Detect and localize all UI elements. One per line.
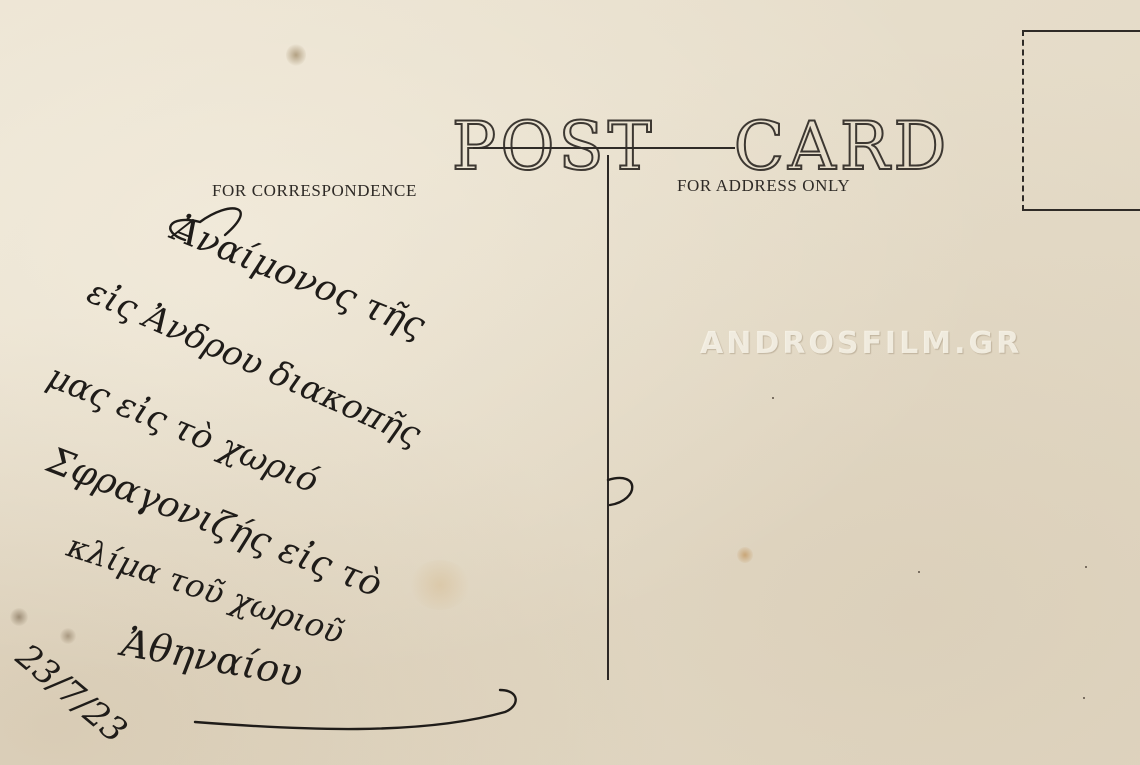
hand-date: 23/7/23 xyxy=(7,636,134,752)
center-divider xyxy=(607,155,609,680)
hand-line-3: μας εἰς τὸ χωριό xyxy=(42,356,325,501)
speck xyxy=(918,571,920,573)
hand-line-4: Σφραγονιζής εἰς τὸ xyxy=(40,439,388,605)
stain xyxy=(10,608,28,626)
stain xyxy=(60,628,76,644)
hand-signature: Ἀθηναίου xyxy=(115,620,306,696)
postcard-back: POSTCARD FOR CORRESPONDENCE FOR ADDRESS … xyxy=(0,0,1140,765)
stamp-box xyxy=(1022,30,1140,211)
title-card: CARD xyxy=(734,114,951,180)
capital-flourish xyxy=(170,208,240,240)
title-underline xyxy=(473,147,735,149)
stain xyxy=(410,560,470,610)
stain xyxy=(286,44,306,66)
correspondence-label: FOR CORRESPONDENCE xyxy=(212,181,417,201)
hand-line-5: κλίμα τοῦ χωριοῦ xyxy=(62,526,349,652)
signature-underline xyxy=(195,690,516,729)
address-label: FOR ADDRESS ONLY xyxy=(677,176,850,196)
speck xyxy=(772,397,774,399)
speck xyxy=(1083,697,1085,699)
hand-line-2: εἰς Ἀνδρου διακοπῆς xyxy=(81,272,427,455)
ink-stroke xyxy=(608,478,632,505)
stain xyxy=(737,547,753,563)
speck xyxy=(1085,566,1087,568)
watermark: ANDROSFILM.GR xyxy=(700,326,1022,361)
